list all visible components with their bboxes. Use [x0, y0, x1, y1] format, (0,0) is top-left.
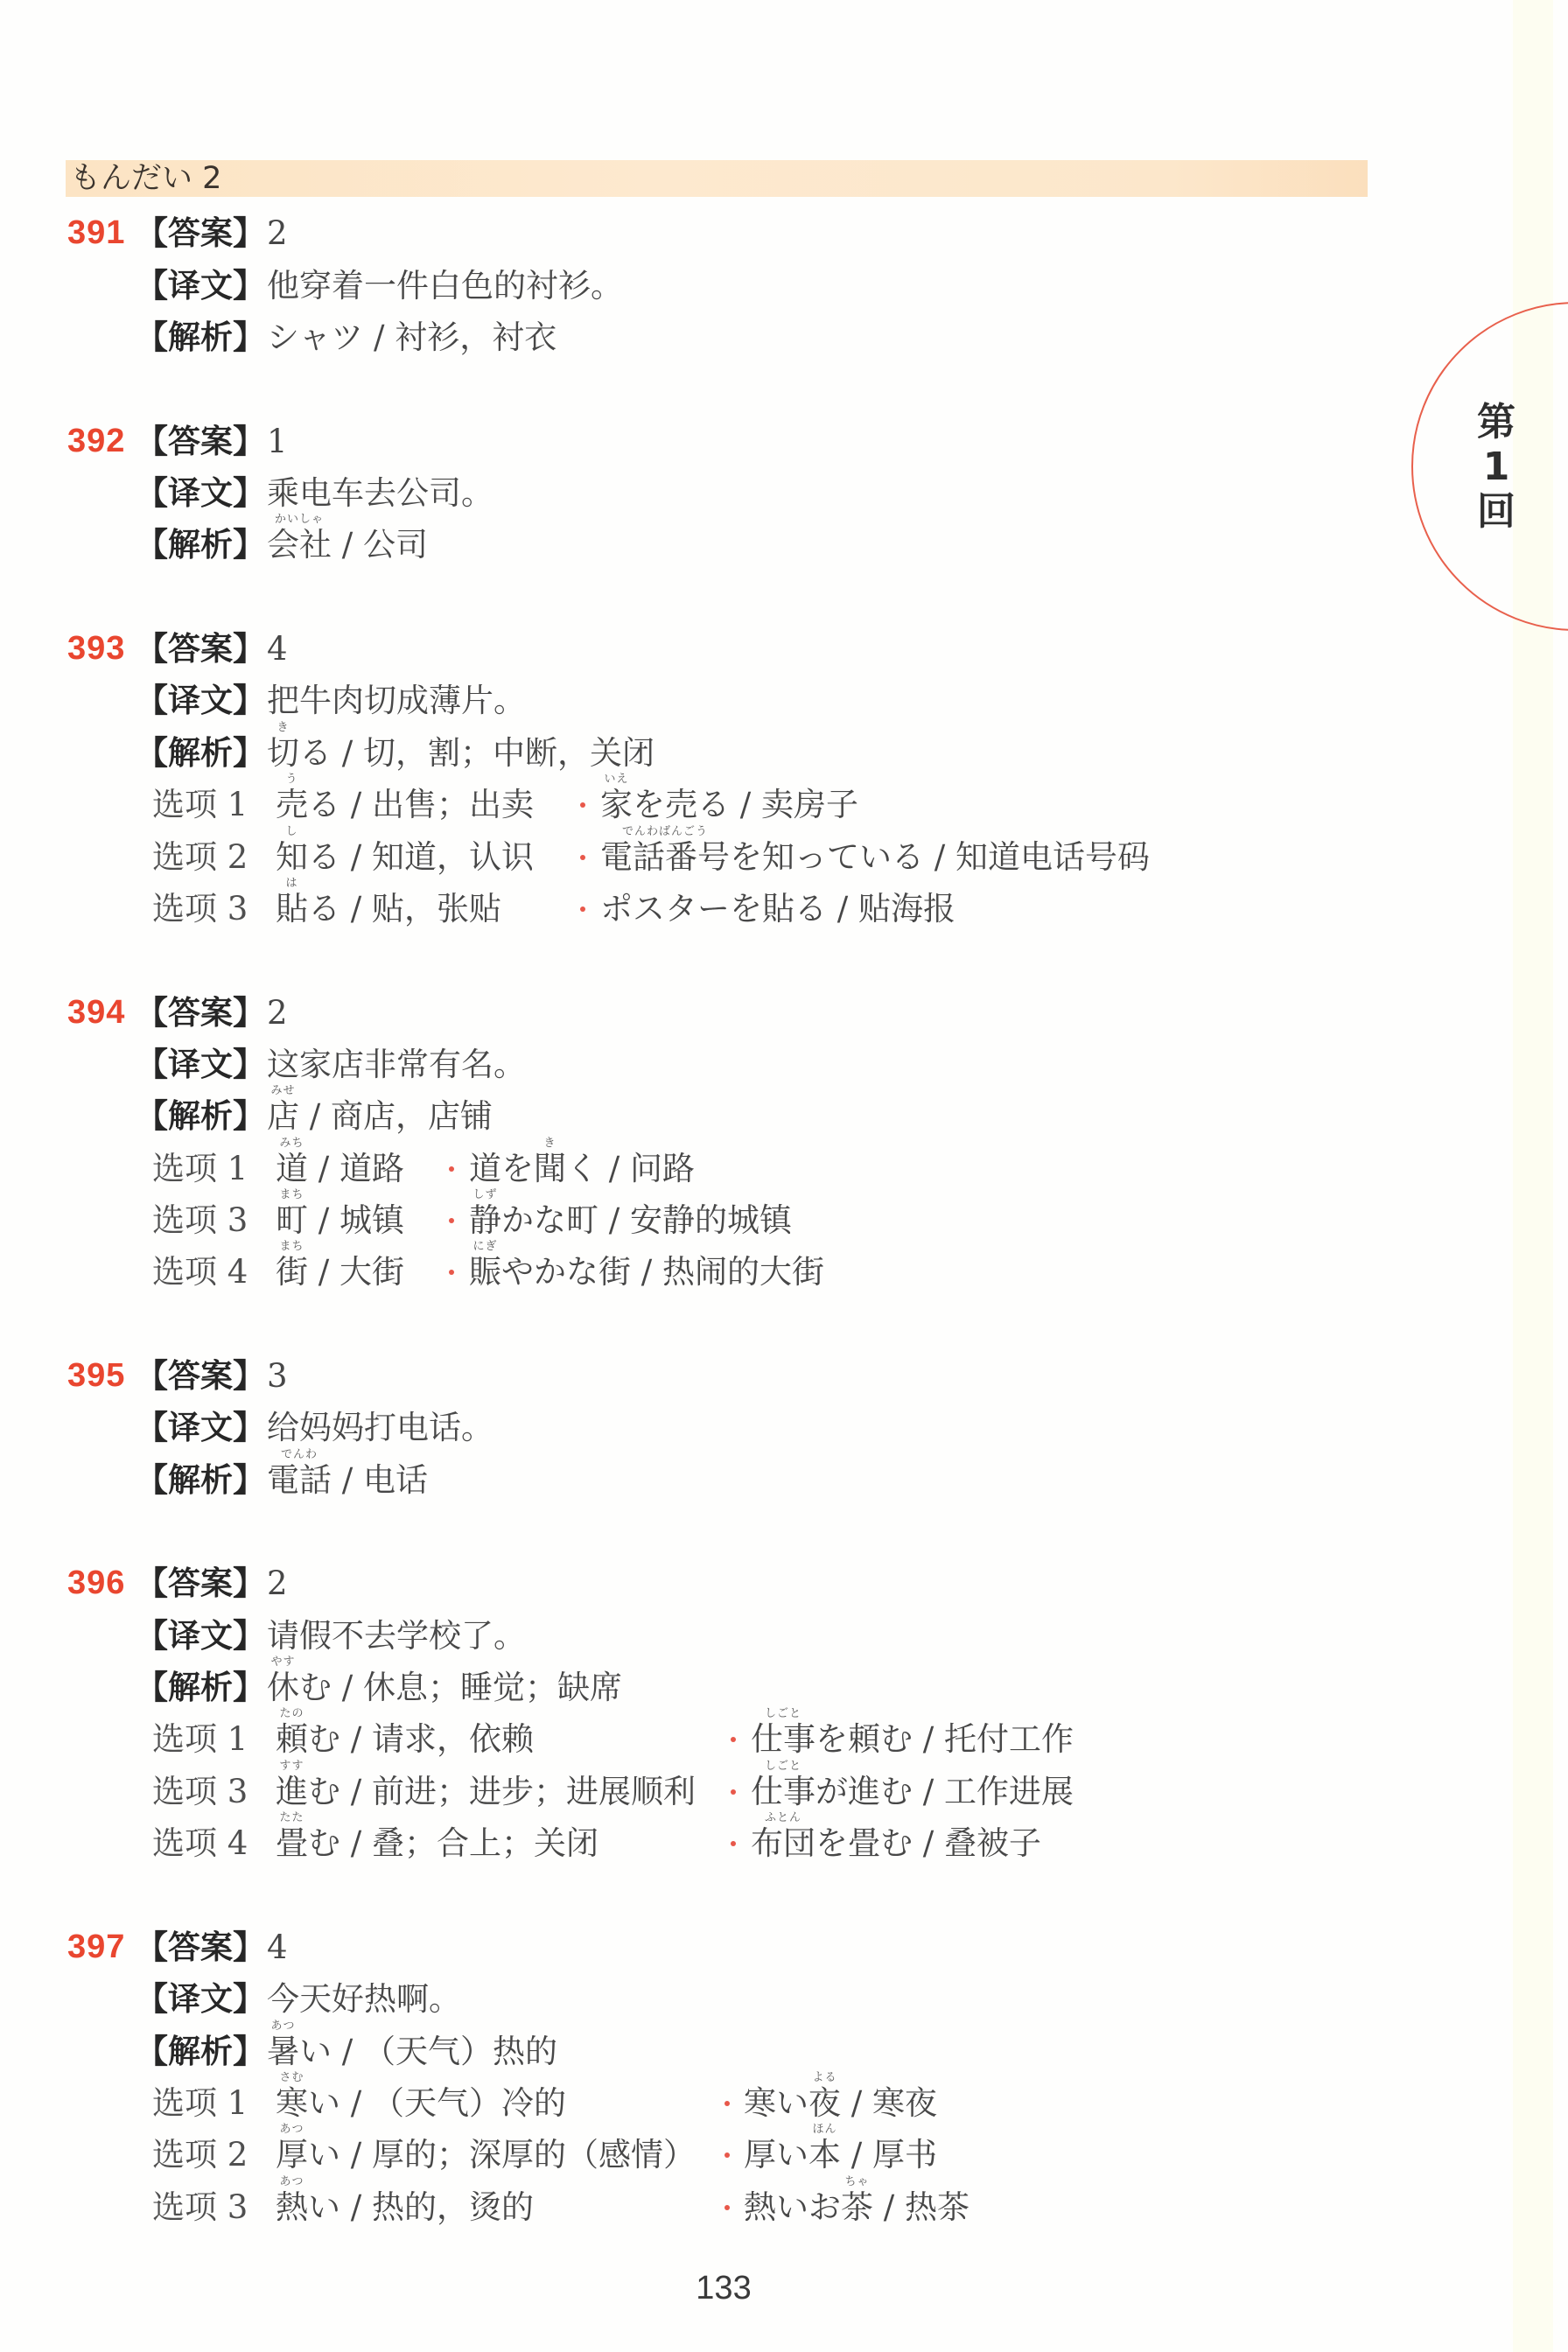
option-row: 选项 2知しる / 知道，认识電話番号でんわばんごうを知っている / 知道电话号… — [0, 831, 1505, 883]
option-row: 选项 1道みち / 道路道を聞きく / 问路 — [0, 1143, 1505, 1194]
option-label: 选项 1 — [152, 1143, 248, 1194]
option-word: 貼はる / 贴，张贴 — [276, 883, 501, 934]
text-segment: む / 前进；进步；进展顺利 — [308, 1773, 696, 1810]
translation-text: 今天好热啊。 — [267, 1973, 461, 2025]
furigana-base: 寒 — [276, 2084, 308, 2122]
furigana-word: 会社かいしゃ — [267, 519, 332, 570]
option-row: 选项 1頼たのむ / 请求，依赖仕事しごとを頼む / 托付工作 — [0, 1713, 1505, 1765]
furigana-word: 熱あつ — [276, 2181, 308, 2233]
translation-text: 请假不去学校了。 — [267, 1610, 526, 1662]
option-row: 选项 3熱あつい / 热的，烫的熱いお茶ちゃ / 热茶 — [0, 2181, 1505, 2233]
bullet-icon — [731, 1737, 736, 1742]
answer-line: 391【答案】2 — [0, 207, 1505, 259]
furigana-word: 仕事しごと — [751, 1766, 815, 1817]
option-example: 静しずかな町 / 安静的城镇 — [469, 1194, 792, 1246]
furigana-base: 熱 — [276, 2188, 308, 2226]
translation-label: 【译文】 — [136, 467, 265, 519]
option-row: 选项 2厚あつい / 厚的；深厚的（感情）厚い本ほん / 厚书 — [0, 2129, 1505, 2180]
text-segment: 熱いお — [744, 2188, 841, 2226]
analysis-line: 【解析】切きる / 切，割；中断，关闭 — [0, 727, 1505, 779]
answer-value: 4 — [267, 1921, 288, 1973]
furigana-base: 進 — [276, 1773, 308, 1810]
option-row: 选项 3進すすむ / 前进；进步；进展顺利仕事しごとが進む / 工作进展 — [0, 1766, 1505, 1817]
furigana-word: 夜よる — [808, 2077, 841, 2129]
answer-label: 【答案】 — [136, 623, 265, 675]
text-segment: / 电话 — [332, 1461, 428, 1499]
text-segment: ポスターを貼る / 贴海报 — [600, 890, 955, 927]
furigana-base: 休 — [267, 1669, 299, 1706]
text-segment: / 大街 — [308, 1253, 404, 1291]
answer-line: 397【答案】4 — [0, 1921, 1505, 1973]
furigana-word: 電話番号でんわばんごう — [600, 831, 730, 883]
text-segment: 厚い — [744, 2136, 808, 2173]
option-row: 选项 4畳たたむ / 叠；合上；关闭布団ふとんを畳む / 叠被子 — [0, 1817, 1505, 1869]
furigana-reading: みち — [279, 1137, 304, 1150]
translation-line: 【译文】他穿着一件白色的衬衫。 — [0, 260, 1505, 311]
furigana-base: 畳 — [276, 1824, 308, 1862]
furigana-reading: でんわ — [281, 1449, 318, 1461]
translation-text: 这家店非常有名。 — [267, 1039, 526, 1090]
text-segment: る / 切，割；中断，关闭 — [299, 734, 654, 772]
furigana-word: 貼は — [276, 883, 308, 934]
translation-text: 给妈妈打电话。 — [267, 1402, 493, 1453]
text-segment: い / 热的，烫的 — [308, 2188, 534, 2226]
text-segment: い / 厚的；深厚的（感情） — [308, 2136, 696, 2173]
option-row: 选项 1売うる / 出售；出卖家いえを売る / 卖房子 — [0, 779, 1505, 830]
furigana-base: 夜 — [808, 2084, 841, 2122]
translation-line: 【译文】乘电车去公司。 — [0, 467, 1505, 519]
option-row: 选项 4街まち / 大街賑にぎやかな街 / 热闹的大街 — [0, 1246, 1505, 1298]
bullet-icon — [724, 2101, 730, 2106]
furigana-base: 道 — [276, 1150, 308, 1187]
furigana-word: 畳たた — [276, 1817, 308, 1869]
option-example: 厚い本ほん / 厚书 — [744, 2129, 937, 2180]
bullet-icon — [580, 906, 585, 912]
bullet-icon — [724, 2205, 730, 2210]
question-number: 396 — [67, 1557, 125, 1609]
text-segment: / 道路 — [308, 1150, 404, 1187]
section-header-band — [66, 160, 1368, 197]
furigana-reading: ほん — [812, 2124, 836, 2136]
option-example: 道を聞きく / 问路 — [469, 1143, 695, 1194]
analysis-text: 切きる / 切，割；中断，关闭 — [267, 727, 654, 779]
option-word: 町まち / 城镇 — [276, 1194, 404, 1246]
furigana-reading: やす — [270, 1656, 295, 1669]
analysis-line: 【解析】会社かいしゃ / 公司 — [0, 519, 1505, 570]
section-header-title: もんだい 2 — [70, 160, 221, 197]
text-segment: シャツ / 衬衫，衬衣 — [267, 318, 556, 356]
furigana-reading: は — [285, 878, 297, 890]
furigana-base: 厚 — [276, 2136, 308, 2173]
answer-value: 1 — [267, 416, 288, 467]
furigana-reading: まち — [279, 1241, 304, 1253]
analysis-line: 【解析】店みせ / 商店，店铺 — [0, 1090, 1505, 1142]
furigana-word: 暑あつ — [267, 2026, 299, 2077]
text-segment: / 寒夜 — [841, 2084, 937, 2122]
bullet-icon — [724, 2152, 730, 2158]
translation-label: 【译文】 — [136, 675, 265, 726]
option-label: 选项 1 — [152, 2077, 248, 2129]
translation-line: 【译文】今天好热啊。 — [0, 1973, 1505, 2025]
bullet-icon — [580, 802, 585, 808]
option-example: 布団ふとんを畳む / 叠被子 — [751, 1817, 1041, 1869]
text-segment: る / 知道，认识 — [308, 838, 534, 876]
option-word: 頼たのむ / 请求，依赖 — [276, 1713, 534, 1765]
furigana-word: 街まち — [276, 1246, 308, 1298]
option-row: 选项 3貼はる / 贴，张贴ポスターを貼る / 贴海报 — [0, 883, 1505, 934]
furigana-word: 厚あつ — [276, 2129, 308, 2180]
option-label: 选项 3 — [152, 1766, 248, 1817]
question-number: 394 — [67, 987, 125, 1039]
answer-label: 【答案】 — [136, 1557, 265, 1609]
answer-value: 2 — [267, 1557, 288, 1609]
option-word: 街まち / 大街 — [276, 1246, 404, 1298]
text-segment: い / （天气）热的 — [299, 2033, 557, 2070]
translation-text: 乘电车去公司。 — [267, 467, 493, 519]
answer-line: 394【答案】2 — [0, 987, 1505, 1039]
furigana-word: 賑にぎ — [469, 1246, 501, 1298]
furigana-word: 仕事しごと — [751, 1713, 815, 1765]
translation-label: 【译文】 — [136, 1039, 265, 1090]
bullet-icon — [449, 1166, 454, 1172]
furigana-reading: し — [285, 826, 297, 838]
answer-label: 【答案】 — [136, 1921, 265, 1973]
answer-line: 396【答案】2 — [0, 1557, 1505, 1609]
question-number: 397 — [67, 1921, 125, 1973]
option-word: 知しる / 知道，认识 — [276, 831, 534, 883]
furigana-base: 店 — [267, 1097, 299, 1135]
furigana-word: 町まち — [276, 1194, 308, 1246]
option-word: 道みち / 道路 — [276, 1143, 404, 1194]
text-segment: る / 贴，张贴 — [308, 890, 501, 927]
analysis-text: 電話でんわ / 电话 — [267, 1454, 428, 1506]
bullet-icon — [449, 1218, 454, 1223]
option-word: 進すすむ / 前进；进步；进展顺利 — [276, 1766, 696, 1817]
text-segment: / 公司 — [332, 526, 428, 563]
furigana-reading: き — [543, 1137, 556, 1150]
furigana-word: 本ほん — [808, 2129, 841, 2180]
option-label: 选项 3 — [152, 1194, 248, 1246]
furigana-word: 家いえ — [600, 779, 633, 830]
translation-label: 【译文】 — [136, 1610, 265, 1662]
text-segment: る / 出售；出卖 — [308, 786, 534, 823]
furigana-base: 本 — [808, 2136, 841, 2173]
furigana-reading: しごと — [765, 1708, 801, 1720]
furigana-reading: たの — [279, 1708, 304, 1720]
option-example: 仕事しごとが進む / 工作进展 — [751, 1766, 1074, 1817]
option-word: 厚あつい / 厚的；深厚的（感情） — [276, 2129, 696, 2180]
furigana-base: 売 — [276, 786, 308, 823]
text-segment: かな町 / 安静的城镇 — [501, 1201, 792, 1239]
analysis-line: 【解析】休やすむ / 休息；睡觉；缺席 — [0, 1662, 1505, 1713]
furigana-base: 電話 — [267, 1461, 332, 1499]
option-example: 寒い夜よる / 寒夜 — [744, 2077, 937, 2129]
translation-label: 【译文】 — [136, 1402, 265, 1453]
option-example: ポスターを貼る / 贴海报 — [600, 883, 955, 934]
furigana-reading: かいしゃ — [275, 514, 324, 526]
option-word: 寒さむい / （天气）冷的 — [276, 2077, 566, 2129]
answer-value: 4 — [267, 623, 288, 675]
furigana-reading: ちゃ — [844, 2176, 869, 2188]
furigana-base: 街 — [276, 1253, 308, 1291]
answer-line: 393【答案】4 — [0, 623, 1505, 675]
furigana-reading: でんわばんごう — [622, 826, 708, 838]
analysis-text: シャツ / 衬衫，衬衣 — [267, 311, 556, 363]
furigana-reading: よる — [812, 2072, 836, 2084]
translation-text: 把牛肉切成薄片。 — [267, 675, 526, 726]
answer-value: 2 — [267, 207, 288, 259]
furigana-word: 知し — [276, 831, 308, 883]
furigana-reading: にぎ — [472, 1241, 497, 1253]
option-label: 选项 3 — [152, 2181, 248, 2233]
bullet-icon — [580, 855, 585, 860]
furigana-reading: さむ — [279, 2072, 304, 2084]
option-word: 売うる / 出售；出卖 — [276, 779, 534, 830]
text-segment: 寒い — [744, 2084, 808, 2122]
option-example: 家いえを売る / 卖房子 — [600, 779, 858, 830]
option-example: 仕事しごとを頼む / 托付工作 — [751, 1713, 1074, 1765]
translation-label: 【译文】 — [136, 260, 265, 311]
furigana-base: 町 — [276, 1201, 308, 1239]
text-segment: やかな街 / 热闹的大街 — [501, 1253, 824, 1291]
analysis-label: 【解析】 — [136, 2026, 265, 2077]
furigana-word: 頼たの — [276, 1713, 308, 1765]
furigana-word: 進すす — [276, 1766, 308, 1817]
answer-value: 3 — [267, 1350, 288, 1402]
furigana-reading: すす — [279, 1760, 304, 1773]
analysis-label: 【解析】 — [136, 1090, 265, 1142]
bullet-icon — [731, 1789, 736, 1795]
furigana-base: 賑 — [469, 1253, 501, 1291]
analysis-text: 店みせ / 商店，店铺 — [267, 1090, 493, 1142]
furigana-base: 電話番号 — [600, 838, 730, 876]
option-label: 选项 1 — [152, 779, 248, 830]
answer-label: 【答案】 — [136, 1350, 265, 1402]
answer-label: 【答案】 — [136, 987, 265, 1039]
option-example: 電話番号でんわばんごうを知っている / 知道电话号码 — [600, 831, 1150, 883]
answer-value: 2 — [267, 987, 288, 1039]
furigana-base: 頼 — [276, 1720, 308, 1758]
furigana-reading: あつ — [279, 2176, 304, 2188]
furigana-base: 知 — [276, 838, 308, 876]
furigana-reading: まち — [279, 1189, 304, 1201]
option-example: 賑にぎやかな街 / 热闹的大街 — [469, 1246, 824, 1298]
translation-line: 【译文】把牛肉切成薄片。 — [0, 675, 1505, 726]
analysis-label: 【解析】 — [136, 311, 265, 363]
option-word: 熱あつい / 热的，烫的 — [276, 2181, 534, 2233]
text-segment: む / 叠；合上；关闭 — [308, 1824, 598, 1862]
furigana-base: 貼 — [276, 890, 308, 927]
translation-line: 【译文】给妈妈打电话。 — [0, 1402, 1505, 1453]
answer-line: 392【答案】1 — [0, 416, 1505, 467]
furigana-word: 聞き — [534, 1143, 566, 1194]
answer-line: 395【答案】3 — [0, 1350, 1505, 1402]
furigana-reading: しごと — [765, 1760, 801, 1773]
text-segment: が進む / 工作进展 — [815, 1773, 1074, 1810]
bullet-icon — [449, 1270, 454, 1275]
text-segment: を畳む / 叠被子 — [815, 1824, 1041, 1862]
furigana-base: 会社 — [267, 526, 332, 563]
text-segment: く / 问路 — [566, 1150, 695, 1187]
bullet-icon — [731, 1841, 736, 1846]
question-number: 393 — [67, 623, 125, 675]
furigana-base: 切 — [267, 734, 299, 772]
furigana-reading: う — [285, 773, 297, 786]
answer-label: 【答案】 — [136, 416, 265, 467]
furigana-reading: しず — [472, 1189, 497, 1201]
text-segment: む / 请求，依赖 — [308, 1720, 534, 1758]
furigana-word: 電話でんわ — [267, 1454, 332, 1506]
furigana-word: 寒さむ — [276, 2077, 308, 2129]
analysis-text: 会社かいしゃ / 公司 — [267, 519, 428, 570]
furigana-reading: あつ — [270, 2020, 295, 2033]
question-number: 392 — [67, 416, 125, 467]
analysis-line: 【解析】暑あつい / （天气）热的 — [0, 2026, 1505, 2077]
option-label: 选项 3 — [152, 883, 248, 934]
analysis-label: 【解析】 — [136, 727, 265, 779]
question-number: 395 — [67, 1350, 125, 1402]
furigana-word: 道みち — [276, 1143, 308, 1194]
answer-label: 【答案】 — [136, 207, 265, 259]
text-segment: / 厚书 — [841, 2136, 937, 2173]
furigana-word: 休やす — [267, 1662, 299, 1713]
furigana-base: 仕事 — [751, 1773, 815, 1810]
furigana-word: 店みせ — [267, 1090, 299, 1142]
analysis-label: 【解析】 — [136, 519, 265, 570]
furigana-base: 仕事 — [751, 1720, 815, 1758]
option-label: 选项 2 — [152, 831, 248, 883]
text-segment: / 商店，店铺 — [299, 1097, 493, 1135]
furigana-word: 茶ちゃ — [841, 2181, 873, 2233]
furigana-reading: いえ — [604, 773, 628, 786]
text-segment: を頼む / 托付工作 — [815, 1720, 1074, 1758]
option-row: 选项 3町まち / 城镇静しずかな町 / 安静的城镇 — [0, 1194, 1505, 1246]
furigana-reading: き — [276, 722, 289, 734]
translation-text: 他穿着一件白色的衬衫。 — [267, 260, 623, 311]
analysis-label: 【解析】 — [136, 1662, 265, 1713]
furigana-reading: あつ — [279, 2124, 304, 2136]
option-row: 选项 1寒さむい / （天气）冷的寒い夜よる / 寒夜 — [0, 2077, 1505, 2129]
furigana-word: 切き — [267, 727, 299, 779]
text-segment: を売る / 卖房子 — [633, 786, 858, 823]
furigana-word: 布団ふとん — [751, 1817, 815, 1869]
translation-line: 【译文】请假不去学校了。 — [0, 1610, 1505, 1662]
furigana-word: 売う — [276, 779, 308, 830]
furigana-base: 聞 — [534, 1150, 566, 1187]
furigana-base: 静 — [469, 1201, 501, 1239]
text-segment: む / 休息；睡觉；缺席 — [299, 1669, 622, 1706]
text-segment: / 热茶 — [873, 2188, 969, 2226]
translation-line: 【译文】这家店非常有名。 — [0, 1039, 1505, 1090]
page-number: 133 — [665, 2266, 782, 2310]
question-number: 391 — [67, 207, 125, 259]
translation-label: 【译文】 — [136, 1973, 265, 2025]
furigana-base: 布団 — [751, 1824, 815, 1862]
analysis-label: 【解析】 — [136, 1454, 265, 1506]
analysis-text: 休やすむ / 休息；睡觉；缺席 — [267, 1662, 622, 1713]
furigana-reading: ふとん — [765, 1812, 801, 1824]
furigana-reading: みせ — [270, 1085, 295, 1097]
text-segment: を知っている / 知道电话号码 — [730, 838, 1150, 876]
furigana-word: 静しず — [469, 1194, 501, 1246]
furigana-base: 茶 — [841, 2188, 873, 2226]
option-example: 熱いお茶ちゃ / 热茶 — [744, 2181, 969, 2233]
text-segment: / 城镇 — [308, 1201, 404, 1239]
furigana-reading: たた — [279, 1812, 304, 1824]
analysis-line: 【解析】電話でんわ / 电话 — [0, 1454, 1505, 1506]
option-label: 选项 2 — [152, 2129, 248, 2180]
analysis-line: 【解析】シャツ / 衬衫，衬衣 — [0, 311, 1505, 363]
analysis-text: 暑あつい / （天气）热的 — [267, 2026, 557, 2077]
option-label: 选项 4 — [152, 1817, 248, 1869]
option-label: 选项 1 — [152, 1713, 248, 1765]
option-label: 选项 4 — [152, 1246, 248, 1298]
option-word: 畳たたむ / 叠；合上；关闭 — [276, 1817, 598, 1869]
text-segment: 道を — [469, 1150, 534, 1187]
text-segment: い / （天气）冷的 — [308, 2084, 566, 2122]
furigana-base: 暑 — [267, 2033, 299, 2070]
furigana-base: 家 — [600, 786, 633, 823]
